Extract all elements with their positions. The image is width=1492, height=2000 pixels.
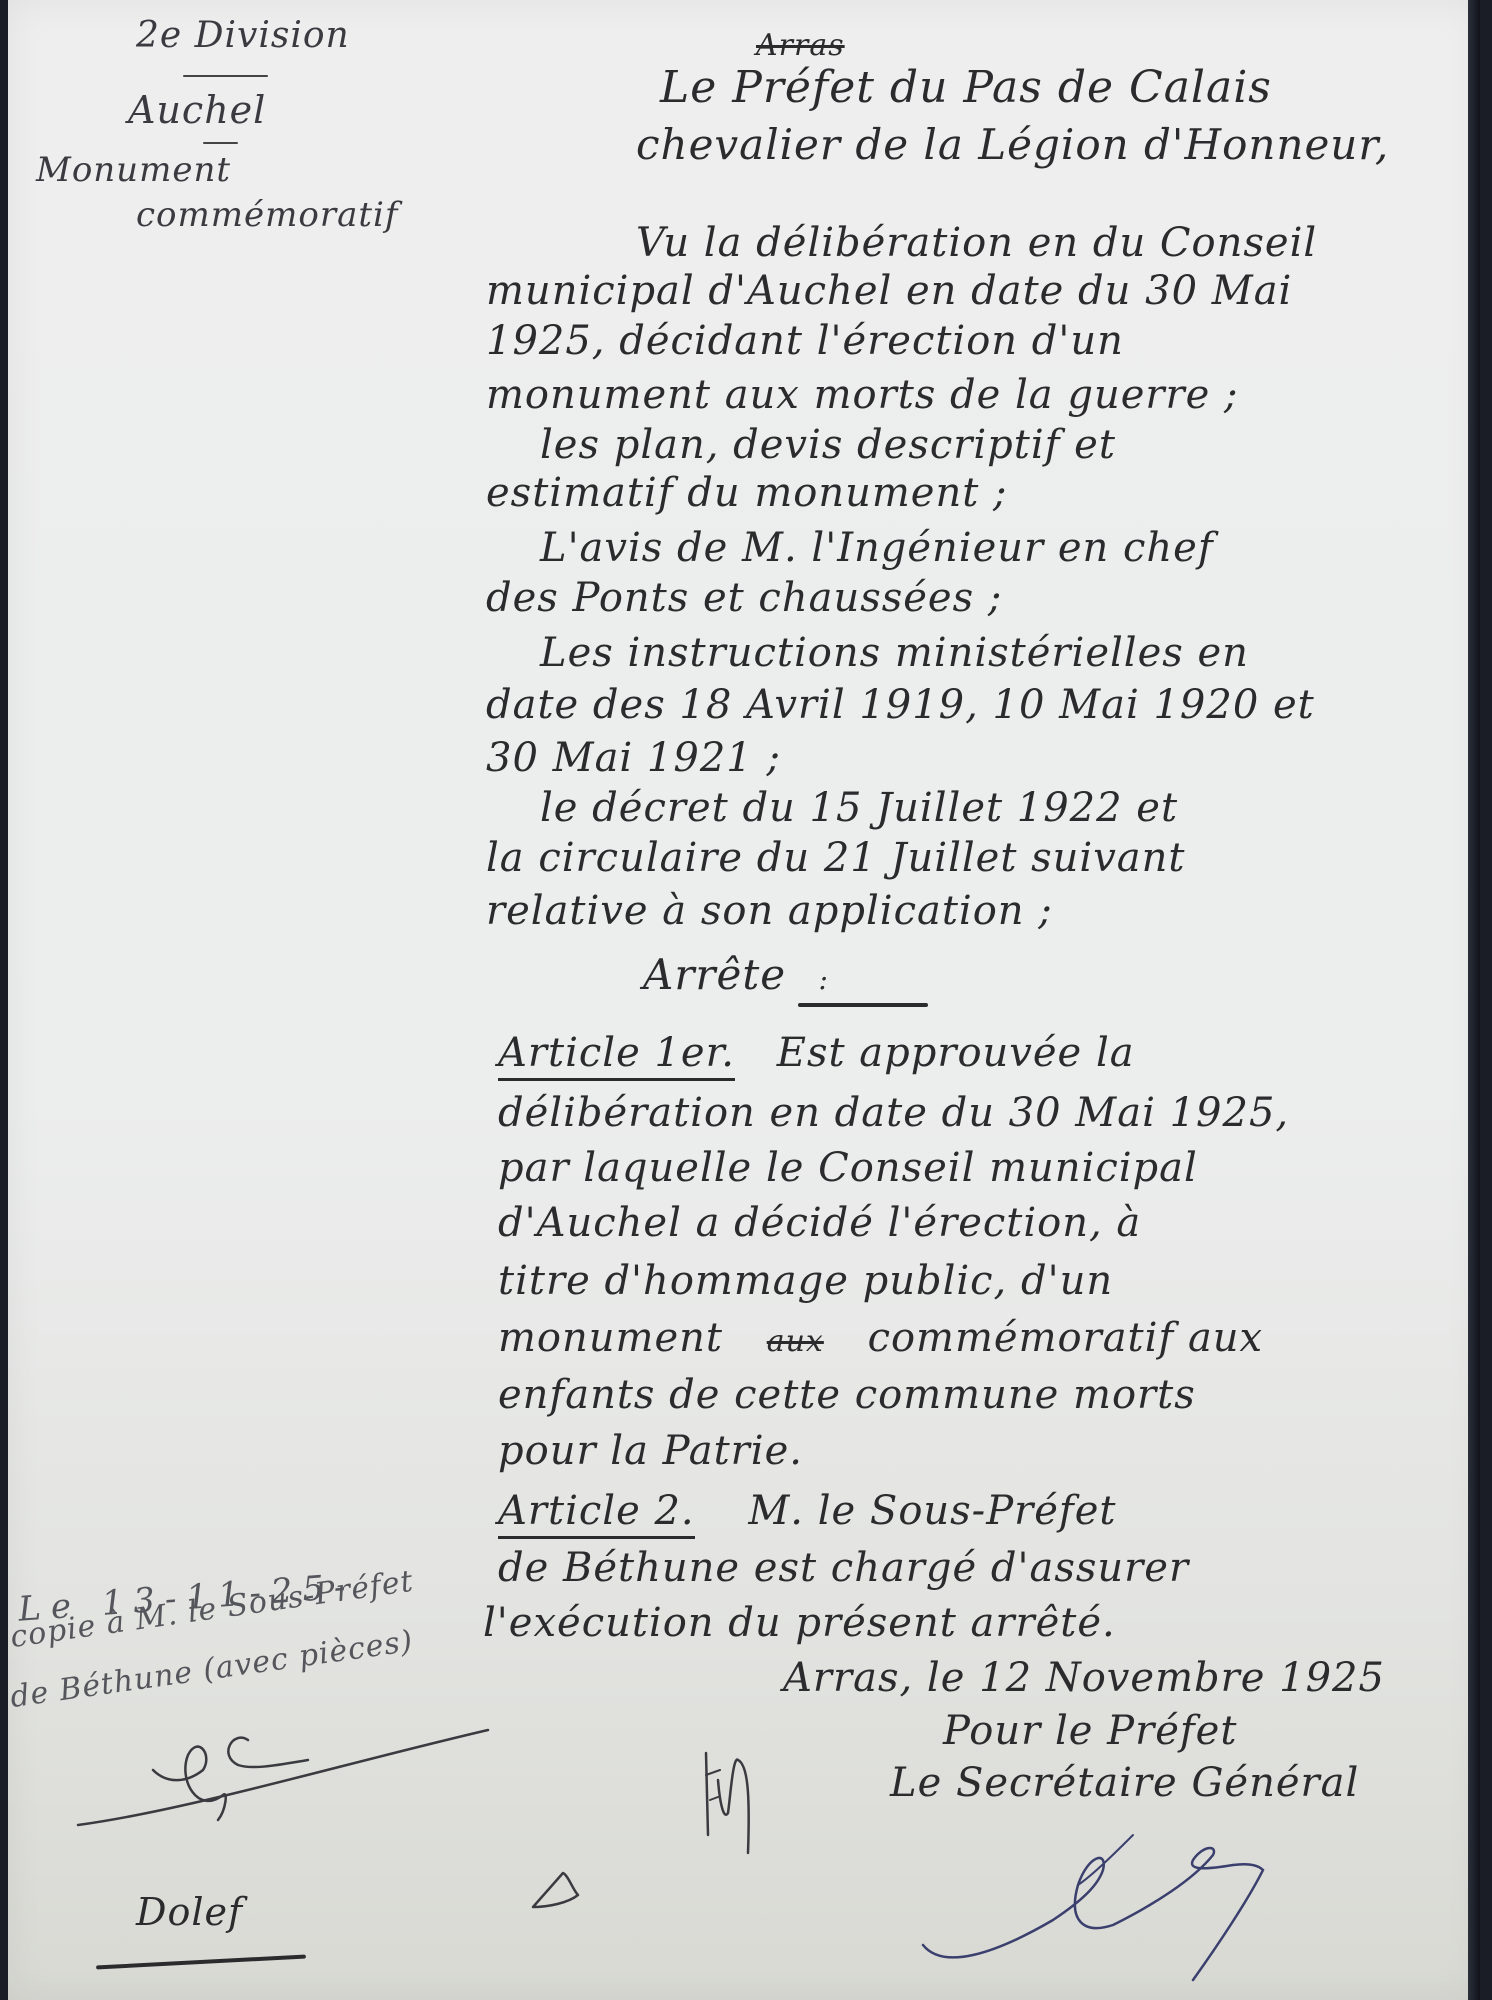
- consideration-line: municipal d'Auchel en date du 30 Mai: [486, 268, 1292, 314]
- consideration-line: les plan, devis descriptif et: [540, 422, 1116, 468]
- consideration-line: estimatif du monument ;: [486, 470, 1007, 516]
- article1-line: par laquelle le Conseil municipal: [498, 1145, 1198, 1191]
- consideration-line: monument aux morts de la guerre ;: [486, 372, 1239, 418]
- article1-line: délibération en date du 30 Mai 1925,: [498, 1090, 1289, 1136]
- consideration-line: le décret du 15 Juillet 1922 et: [540, 785, 1178, 831]
- article1-text: Est approuvée la: [777, 1030, 1135, 1076]
- decision-underline: [798, 1003, 928, 1007]
- consideration-line: la circulaire du 21 Juillet suivant: [486, 835, 1185, 881]
- article1-commemoratif: commémoratif aux: [868, 1315, 1264, 1361]
- article1-label: Article 1er.: [498, 1030, 735, 1081]
- consideration-line: Vu la délibération en du Conseil: [636, 220, 1317, 266]
- secretary-general-signature: [903, 1795, 1303, 1985]
- decision-heading-text: Arrête: [643, 950, 786, 999]
- decision-heading: Arrête :: [643, 950, 829, 999]
- consideration-line: 1925, décidant l'érection d'un: [486, 318, 1124, 364]
- consideration-line: relative à son application ;: [486, 888, 1053, 934]
- margin-division: 2e Division: [136, 15, 350, 56]
- article1-line: titre d'hommage public, d'un: [498, 1258, 1113, 1304]
- bottom-signature-underline: [96, 1955, 306, 1970]
- article1-line: enfants de cette commune morts: [498, 1372, 1196, 1418]
- article2-line: de Béthune est chargé d'assurer: [498, 1545, 1189, 1591]
- bottom-signature: Dolef: [136, 1890, 243, 1934]
- article1-struck-word: aux: [767, 1324, 824, 1359]
- article2-label: Article 2.: [498, 1488, 695, 1539]
- struck-header-word: Arras: [756, 28, 845, 63]
- margin-commune: Auchel: [128, 88, 266, 132]
- margin-subject-line1: Monument: [36, 150, 231, 190]
- article1-line-monument: monument aux commémoratif aux: [498, 1315, 1263, 1361]
- decision-colon: :: [818, 963, 828, 996]
- initials-mark: [698, 1745, 758, 1855]
- article1-line: d'Auchel a décidé l'érection, à: [498, 1200, 1141, 1246]
- article1-monument-word: monument: [498, 1315, 723, 1361]
- triangle-mark-icon: [528, 1865, 588, 1915]
- closing-place-date: Arras, le 12 Novembre 1925: [783, 1655, 1385, 1701]
- consideration-line: 30 Mai 1921 ;: [486, 735, 781, 781]
- header-line1: Le Préfet du Pas de Calais: [660, 62, 1272, 113]
- consideration-line: des Ponts et chaussées ;: [486, 575, 1002, 621]
- margin-divider: [203, 142, 238, 144]
- document-page: 2e Division Auchel Monument commémoratif…: [8, 0, 1480, 2000]
- article1-first-line: Article 1er. Est approuvée la: [498, 1030, 1135, 1076]
- closing-for-prefect: Pour le Préfet: [943, 1708, 1237, 1754]
- margin-divider: [183, 75, 268, 77]
- article1-line: pour la Patrie.: [498, 1428, 803, 1474]
- margin-subject-line2: commémoratif: [136, 195, 398, 235]
- clerk-initial-signature: [38, 1710, 508, 1830]
- consideration-line: date des 18 Avril 1919, 10 Mai 1920 et: [486, 682, 1315, 728]
- header-line2: chevalier de la Légion d'Honneur,: [636, 120, 1389, 169]
- page-edge-shadow: [1468, 0, 1480, 2000]
- article2-text: M. le Sous-Préfet: [748, 1488, 1116, 1534]
- article2-line: l'exécution du présent arrêté.: [483, 1600, 1116, 1646]
- article2-first-line: Article 2. M. le Sous-Préfet: [498, 1488, 1116, 1534]
- consideration-line: Les instructions ministérielles en: [540, 630, 1249, 676]
- consideration-line: L'avis de M. l'Ingénieur en chef: [540, 525, 1214, 571]
